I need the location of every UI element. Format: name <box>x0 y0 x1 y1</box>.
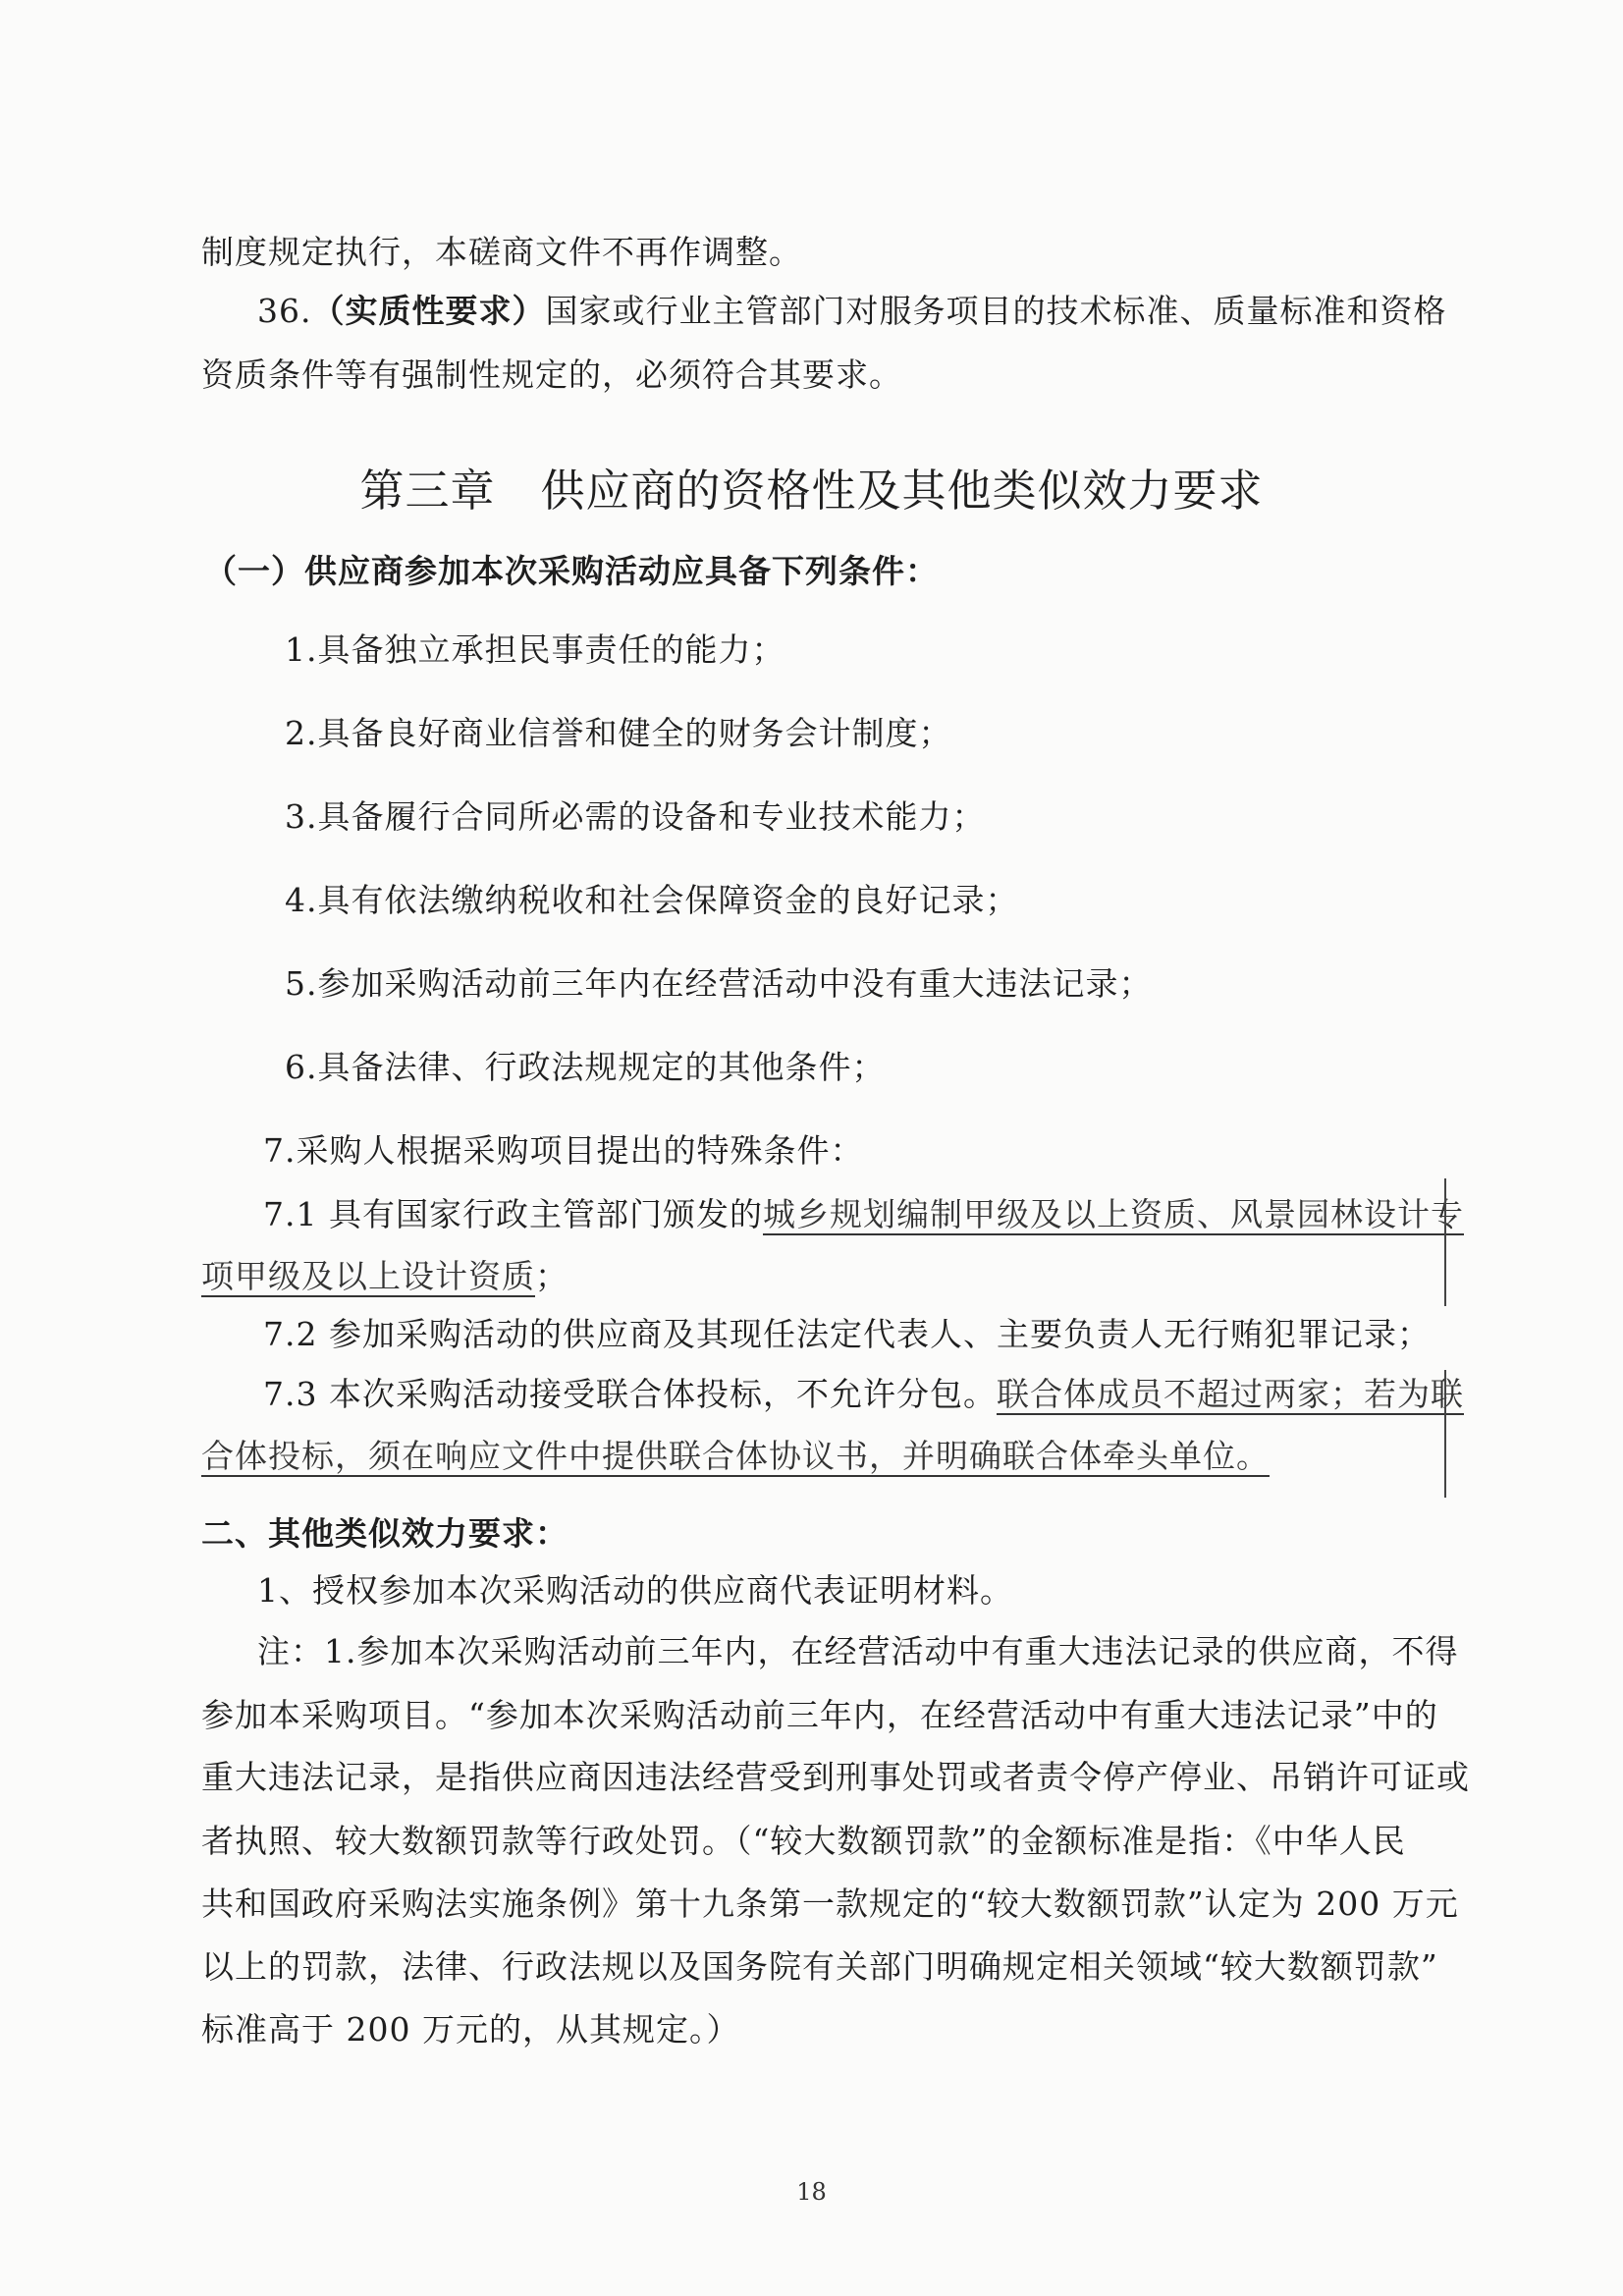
paragraph-line: 制度规定执行，本磋商文件不再作调整。 <box>201 236 802 268</box>
underlined-text: 项甲级及以上设计资质 <box>201 1257 535 1295</box>
item-7-1-prefix: 7.1 具有国家行政主管部门颁发的 <box>263 1195 763 1233</box>
chapter-title: 第三章 供应商的资格性及其他类似效力要求 <box>0 455 1623 519</box>
item-7-1-suffix: ； <box>535 1257 568 1295</box>
section-heading-1: （一）供应商参加本次采购活动应具备下列条件： <box>204 555 939 587</box>
underlined-text: 联合体成员不超过两家；若为联 <box>997 1375 1464 1413</box>
underlined-text: 城乡规划编制甲级及以上资质、风景园林设计专 <box>763 1195 1464 1233</box>
underlined-text: 合体投标，须在响应文件中提供联合体协议书，并明确联合体牵头单位。 <box>201 1437 1270 1475</box>
revision-bar <box>1444 1178 1446 1306</box>
note-line: 共和国政府采购法实施条例》第十九条第一款规定的“较大数额罚款”认定为 200 万… <box>201 1887 1459 1920</box>
paragraph-36: 36.（实质性要求）国家或行业主管部门对服务项目的技术标准、质量标准和资格 <box>257 295 1446 327</box>
item-7-3-line-2: 合体投标，须在响应文件中提供联合体协议书，并明确联合体牵头单位。 <box>201 1440 1270 1472</box>
list-item: 4.具有依法缴纳税收和社会保障资金的良好记录； <box>285 884 1019 916</box>
clause-text: 国家或行业主管部门对服务项目的技术标准、质量标准和资格 <box>545 292 1446 330</box>
note-line: 参加本采购项目。“参加本次采购活动前三年内，在经营活动中有重大违法记录”中的 <box>201 1699 1438 1731</box>
item-7-1-line-2: 项甲级及以上设计资质； <box>201 1260 568 1292</box>
section-heading-2: 二、其他类似效力要求： <box>201 1517 568 1550</box>
item-7-3-prefix: 7.3 本次采购活动接受联合体投标，不允许分包。 <box>263 1375 997 1413</box>
note-line: 以上的罚款，法律、行政法规以及国务院有关部门明确规定相关领域“较大数额罚款” <box>201 1950 1438 1983</box>
item-7-3-line-1: 7.3 本次采购活动接受联合体投标，不允许分包。联合体成员不超过两家；若为联 <box>263 1378 1464 1410</box>
list-item: 2.具备良好商业信誉和健全的财务会计制度； <box>285 717 952 749</box>
revision-bar <box>1444 1370 1446 1498</box>
clause-number: 36. <box>257 292 311 330</box>
list-item: 7.采购人根据采购项目提出的特殊条件： <box>263 1134 864 1167</box>
item-7-2: 7.2 参加采购活动的供应商及其现任法定代表人、主要负责人无行贿犯罪记录； <box>263 1318 1431 1350</box>
list-item: 1.具备独立承担民事责任的能力； <box>285 633 785 666</box>
section-2-item-1: 1、授权参加本次采购活动的供应商代表证明材料。 <box>257 1574 1013 1607</box>
item-7-1-line-1: 7.1 具有国家行政主管部门颁发的城乡规划编制甲级及以上资质、风景园林设计专 <box>263 1198 1464 1230</box>
note-line: 注：1.参加本次采购活动前三年内，在经营活动中有重大违法记录的供应商，不得 <box>257 1635 1459 1667</box>
note-line: 重大违法记录，是指供应商因违法经营受到刑事处罚或者责令停产停业、吊销许可证或 <box>201 1761 1470 1793</box>
substantive-requirement-label: （实质性要求） <box>311 292 545 330</box>
list-item: 3.具备履行合同所必需的设备和专业技术能力； <box>285 800 986 833</box>
list-item: 6.具备法律、行政法规规定的其他条件； <box>285 1051 886 1083</box>
note-line: 标准高于 200 万元的，从其规定。） <box>201 2013 739 2046</box>
note-line: 者执照、较大数额罚款等行政处罚。（“较大数额罚款”的金额标准是指：《中华人民 <box>201 1825 1406 1857</box>
list-item: 5.参加采购活动前三年内在经营活动中没有重大违法记录； <box>285 967 1153 1000</box>
paragraph-line: 资质条件等有强制性规定的，必须符合其要求。 <box>201 358 902 391</box>
page-number: 18 <box>0 2178 1623 2206</box>
